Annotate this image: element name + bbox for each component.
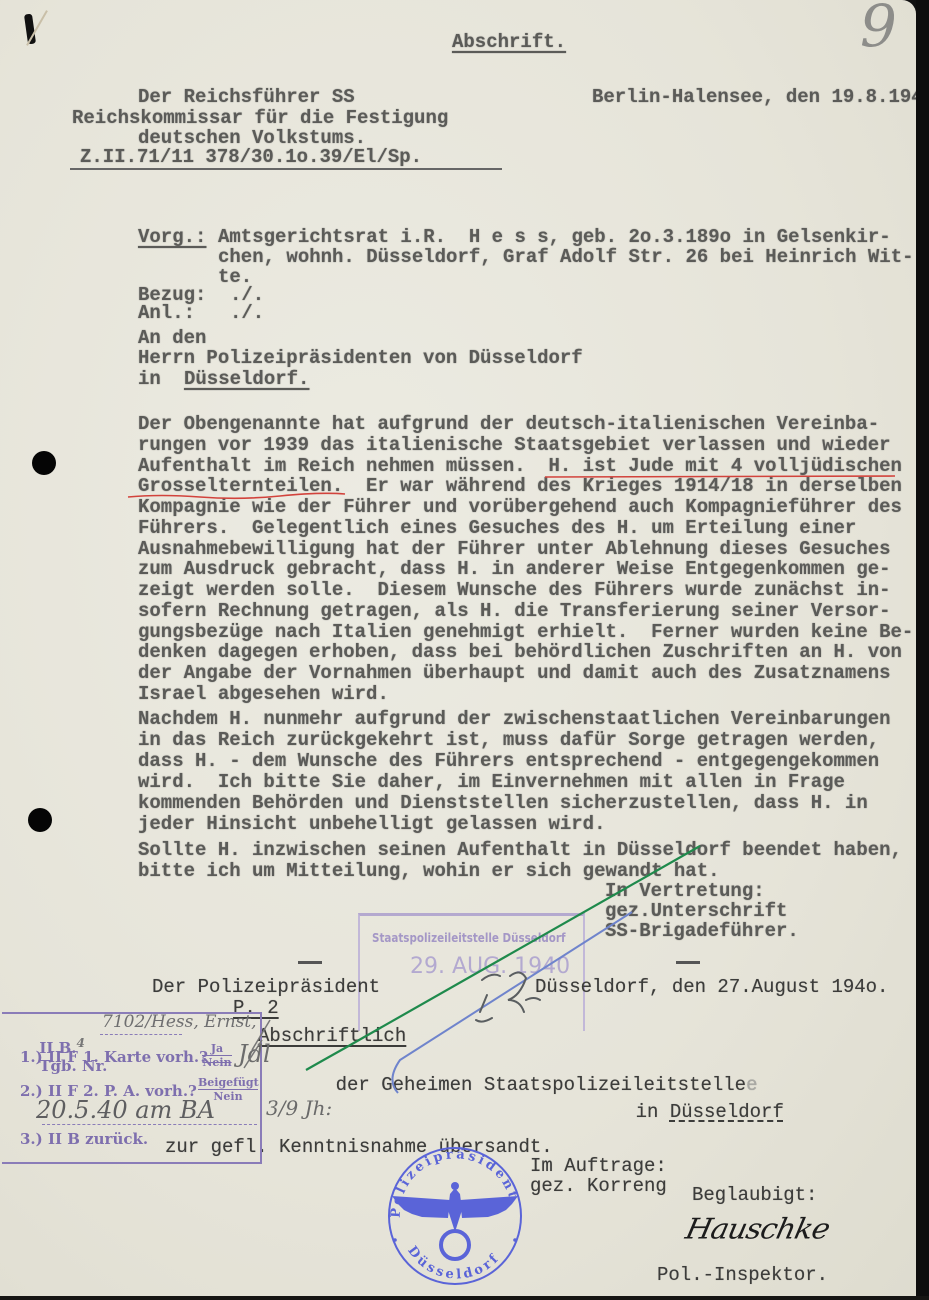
body-line: jeder Hinsicht unbehelligt gelassen wird…: [138, 814, 605, 835]
certified-label: Beglaubigt:: [692, 1185, 817, 1206]
registry-item-1: 1.) II F 1. Karte vorh.?: [20, 1048, 208, 1066]
separator-dash: [298, 961, 322, 964]
item1-handwritten-mark: Jdl: [238, 1040, 271, 1068]
official-seal: Polizeipräsident Düsseldorf: [389, 1147, 521, 1284]
registry-stamp: II B.4 Tgb. Nr. 7102/Hess, Ernst, 1.) II…: [2, 1012, 262, 1164]
punch-hole: [28, 808, 52, 832]
signature-line-1: In Vertretung:: [605, 881, 765, 902]
punch-hole: [32, 451, 56, 475]
body-line: Führers. Gelegentlich eines Gesuches des…: [138, 518, 856, 539]
svg-text:Düsseldorf: Düsseldorf: [404, 1244, 503, 1283]
body-line: sofern Rechnung getragen, als H. die Tra…: [138, 601, 891, 622]
abschriftlich-label: Abschriftlich: [258, 1026, 406, 1047]
body-line: zeigt werden solle. Diesem Wunsche des F…: [138, 580, 891, 601]
signature-line-3: SS-Brigadeführer.: [605, 921, 799, 942]
forwarding-city-prefix: in: [636, 1101, 670, 1123]
forwarding-place-date: Düsseldorf, den 27.August 194o.: [535, 977, 888, 998]
body-line: rungen vor 1939 das italienische Staatsg…: [138, 435, 891, 456]
recipient-line-3-prefix: in: [138, 369, 161, 390]
item2-note-underline: [42, 1124, 257, 1125]
separator-dash: [676, 961, 700, 964]
received-stamp-office: Staatspolizeileitstelle Düsseldorf: [372, 930, 566, 945]
journal-underline: [100, 1034, 182, 1035]
document-heading: Abschrift.: [452, 32, 566, 53]
item1-yes-no: Ja Nein: [202, 1042, 232, 1069]
signature-line-2: gez.Unterschrift: [605, 901, 787, 922]
body-line: der Angabe der Vornahmen überhaupt und d…: [138, 663, 891, 684]
body-line: dass H. - dem Wunsche des Führers entspr…: [138, 751, 879, 772]
signed-by: gez. Korreng: [530, 1176, 667, 1197]
body-line: kommenden Behörden und Dienststellen sic…: [138, 793, 868, 814]
body-line: wird. Ich bitte Sie daher, im Einvernehm…: [138, 772, 845, 793]
recipient-line-2: Herrn Polizeipräsidenten von Düsseldorf: [138, 348, 583, 369]
vorg-line-2: chen, wohnh. Düsseldorf, Graf Adolf Str.…: [218, 247, 914, 268]
vorg-label: Vorg.:: [138, 227, 206, 248]
scan-edge-right: [916, 0, 929, 1300]
certifier-signature: Hauschke: [682, 1213, 832, 1246]
certifier-title: Pol.-Inspektor.: [657, 1265, 828, 1286]
forwarding-authority: Der Polizeipräsident: [152, 977, 380, 998]
document-page: 9 Abschrift. Der Reichsführer SS Reichsk…: [0, 0, 916, 1296]
item1-no: Nein: [202, 1056, 231, 1069]
forwarding-city-name: Düsseldorf: [670, 1101, 784, 1123]
body-line: zum Ausdruck gebracht, dass H. in andere…: [138, 559, 891, 580]
journal-entry: 7102/Hess, Ernst,: [102, 1012, 257, 1032]
item2-handwritten-note: 20.5.40 am BA: [36, 1096, 215, 1124]
forwarding-city: in Düsseldorf: [590, 1081, 784, 1143]
reference-underline: [70, 168, 502, 170]
recipient-line-1: An den: [138, 328, 206, 349]
received-stamp: Staatspolizeileitstelle Düsseldorf 29. A…: [358, 913, 585, 1031]
folio-number: 9: [860, 0, 897, 60]
body-line: bitte ich um Mitteilung, wohin er sich g…: [138, 861, 720, 882]
body-line: Der Obengenannte hat aufgrund der deutsc…: [138, 414, 879, 435]
item2-yes: Beigefügt: [198, 1076, 258, 1090]
body-line: Nachdem H. nunmehr aufgrund der zwischen…: [138, 709, 891, 730]
by-order-label: Im Auftrage:: [530, 1156, 667, 1177]
scan-edge-bottom: [0, 1296, 929, 1300]
sender-line-1: Der Reichsführer SS: [138, 87, 355, 108]
sender-line-2: Reichskommissar für die Festigung: [72, 108, 448, 129]
item1-yes: Ja: [202, 1042, 232, 1056]
body-line: Kompagnie wie der Führer und vorübergehe…: [138, 497, 902, 518]
body-line: Sollte H. inzwischen seinen Aufenthalt i…: [138, 840, 902, 861]
place-date: Berlin-Halensee, den 19.8.194: [592, 87, 916, 108]
body-line: gungsbezüge nach Italien genehmigt erhie…: [138, 622, 913, 643]
recipient-city: Düsseldorf.: [184, 369, 309, 390]
body-line: Ausnahmebewilligung hat der Führer unter…: [138, 539, 891, 560]
body-line: Israel abgesehen wird.: [138, 684, 389, 705]
sender-reference: Z.II.71/11 378/30.1o.39/El/Sp.: [80, 147, 422, 168]
body-line: in das Reich zurückgekehrt ist, muss daf…: [138, 730, 879, 751]
seal-bottom-text: Düsseldorf: [404, 1244, 503, 1283]
eagle-emblem-icon: [392, 1182, 518, 1259]
registry-item-3: 3.) II B zurück.: [20, 1130, 148, 1148]
vorg-line-1: Amtsgerichtsrat i.R. H e s s, geb. 2o.3.…: [218, 227, 891, 248]
margin-note: 3/9 Jh:: [266, 1096, 332, 1120]
body-line: Grosselternteilen. Er war während des Kr…: [138, 476, 902, 497]
body-line: Aufenthalt im Reich nehmen müssen. H. is…: [138, 456, 902, 477]
anl-value: ./.: [230, 303, 264, 324]
item2-no: Nein: [213, 1090, 242, 1103]
body-line: denken dagegen erhoben, dass bei behördl…: [138, 642, 902, 663]
anl-label: Anl.:: [138, 303, 195, 324]
